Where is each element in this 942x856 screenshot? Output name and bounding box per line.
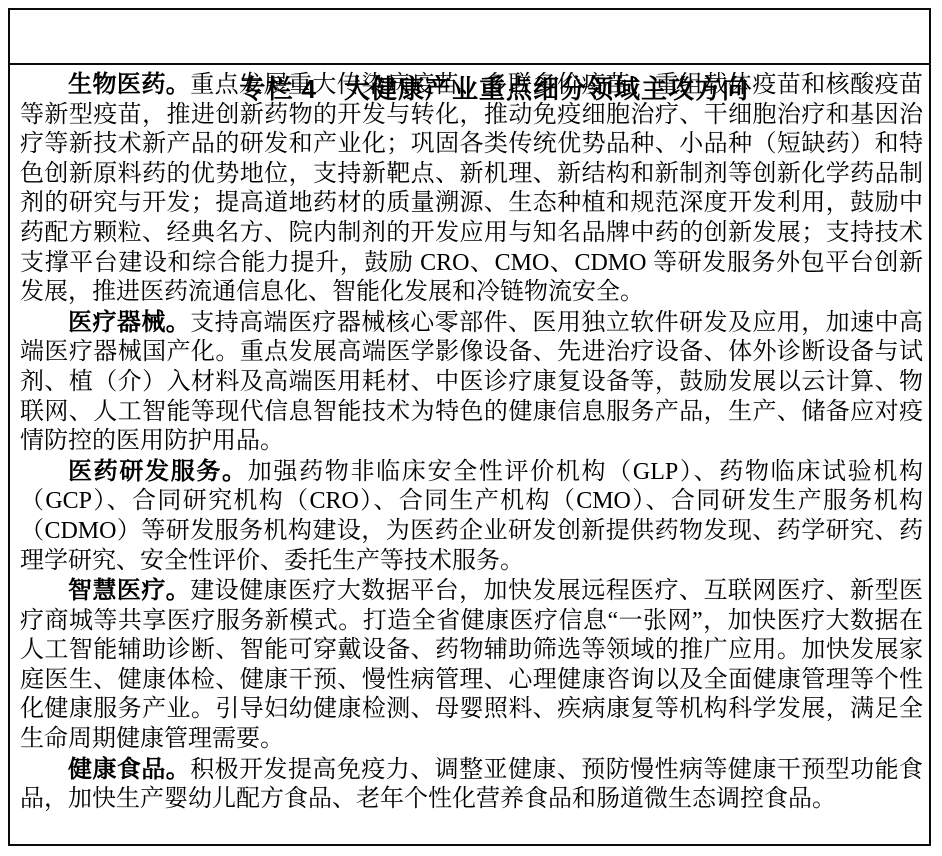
page-canvas: 专栏 4 大健康产业重点细分领域主攻方向 生物医药。重点发展重大传染病疫苗、多联… (0, 0, 942, 856)
paragraph-lead: 健康食品。 (68, 756, 190, 783)
paragraph-lead: 生物医药。 (68, 71, 190, 98)
paragraph-pharma-rnd-services: 医药研发服务。加强药物非临床安全性评价机构（GLP）、药物临床试验机构（GCP）… (20, 457, 923, 576)
column-panel: 专栏 4 大健康产业重点细分领域主攻方向 生物医药。重点发展重大传染病疫苗、多联… (8, 8, 931, 846)
paragraph-text: 建设健康医疗大数据平台，加快发展远程医疗、互联网医疗、新型医疗商城等共享医疗服务… (20, 578, 923, 752)
paragraph-medical-devices: 医疗器械。支持高端医疗器械核心零部件、医用独立软件研发及应用，加速中高端医疗器械… (20, 308, 923, 457)
paragraph-biopharma: 生物医药。重点发展重大传染病疫苗、多联多价疫苗、重组载体疫苗和核酸疫苗等新型疫苗… (20, 70, 923, 308)
paragraph-lead: 医药研发服务。 (68, 458, 248, 485)
paragraph-health-food: 健康食品。积极开发提高免疫力、调整亚健康、预防慢性病等健康干预型功能食品，加快生… (20, 755, 923, 815)
paragraph-lead: 医疗器械。 (68, 309, 190, 336)
paragraph-smart-healthcare: 智慧医疗。建设健康医疗大数据平台，加快发展远程医疗、互联网医疗、新型医疗商城等共… (20, 576, 923, 755)
paragraph-lead: 智慧医疗。 (68, 577, 190, 604)
paragraph-text: 重点发展重大传染病疫苗、多联多价疫苗、重组载体疫苗和核酸疫苗等新型疫苗，推进创新… (20, 72, 923, 305)
panel-body: 生物医药。重点发展重大传染病疫苗、多联多价疫苗、重组载体疫苗和核酸疫苗等新型疫苗… (10, 65, 929, 815)
panel-title: 专栏 4 大健康产业重点细分领域主攻方向 (10, 10, 929, 65)
